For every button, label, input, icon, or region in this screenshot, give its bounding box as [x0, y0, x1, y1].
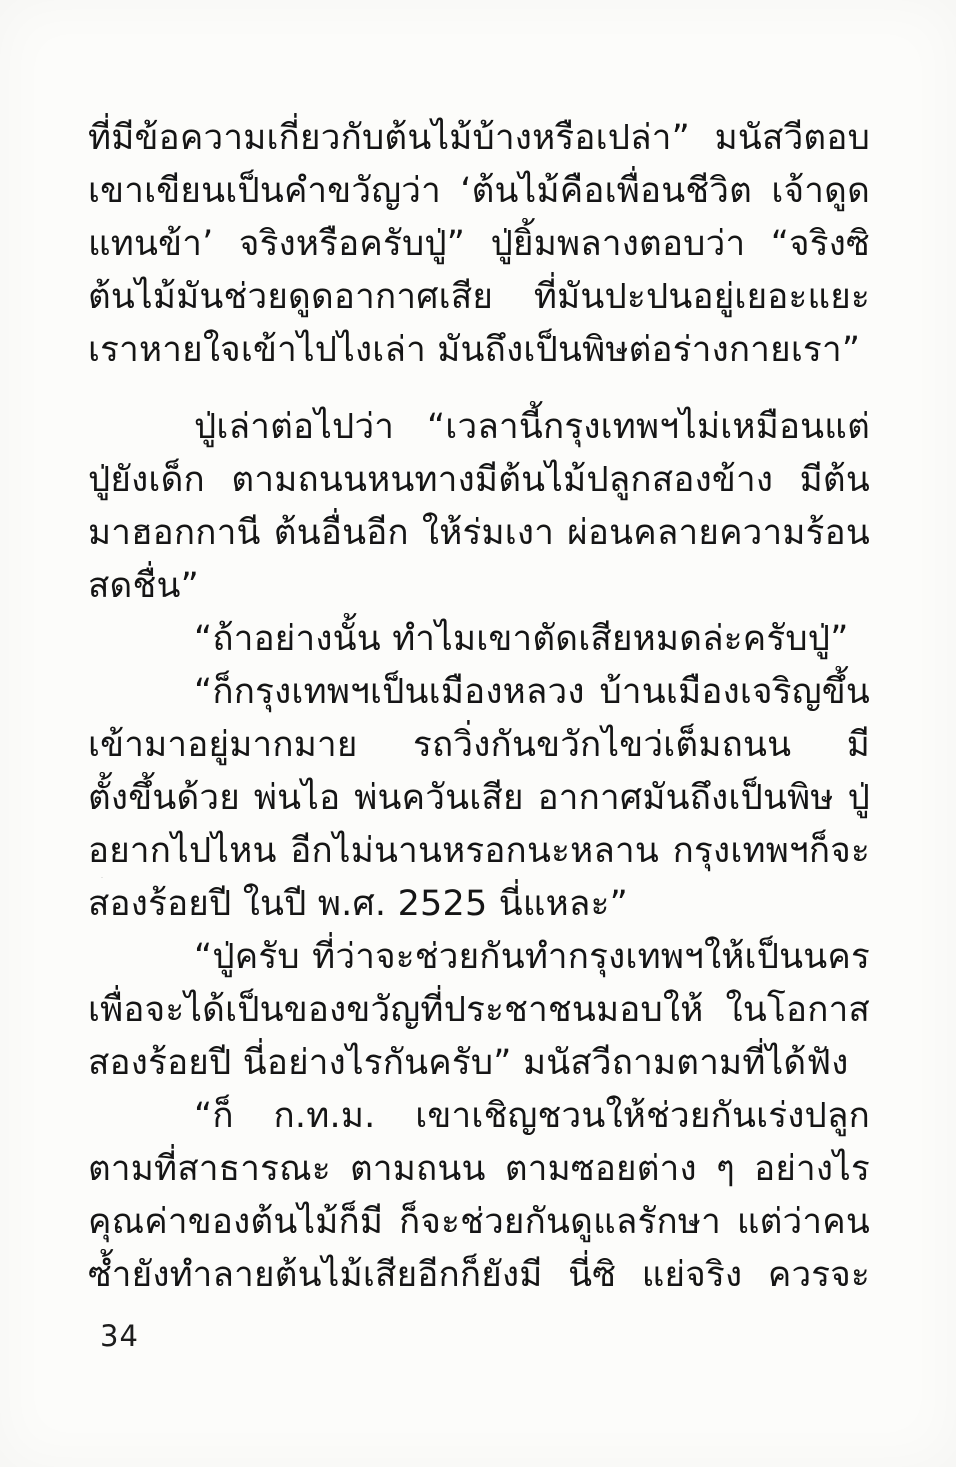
- text-line: เพื่อจะได้เป็นของขวัญที่ประชาชนมอบให้ ใน…: [88, 984, 870, 1037]
- paragraph: “ก็กรุงเทพฯเป็นเมืองหลวง บ้านเมืองเจริญข…: [88, 666, 870, 931]
- text-line: ปู่เล่าต่อไปว่า “เวลานี้กรุงเทพฯไม่เหมือ…: [88, 401, 870, 454]
- text-line: เราหายใจเข้าไปไงเล่า มันถึงเป็นพิษต่อร่า…: [88, 324, 870, 377]
- text-line: เข้ามาอยู่มากมาย รถวิ่งกันขวักไขว่เต็มถน…: [88, 719, 870, 772]
- paragraph: “ปู่ครับ ที่ว่าจะช่วยกันทำกรุงเทพฯให้เป็…: [88, 931, 870, 1090]
- text-line: อยากไปไหน อีกไม่นานหรอกนะหลาน กรุงเทพฯก็…: [88, 825, 870, 878]
- paragraph: “ก็ ก.ท.ม. เขาเชิญชวนให้ช่วยกันเร่งปลูกต…: [88, 1090, 870, 1302]
- text-line: มาฮอกกานี ต้นอื่นอีก ให้ร่มเงา ผ่อนคลายค…: [88, 507, 870, 560]
- text-line: ตามที่สาธารณะ ตามถนน ตามซอยต่าง ๆ อย่างไ…: [88, 1143, 870, 1196]
- text-line: “ก็ ก.ท.ม. เขาเชิญชวนให้ช่วยกันเร่งปลูกต…: [88, 1090, 870, 1143]
- text-line: ต้นไม้มันช่วยดูดอากาศเสีย ที่มันปะปนอยู่…: [88, 271, 870, 324]
- paragraph: “ถ้าอย่างนั้น ทำไมเขาตัดเสียหมดล่ะครับปู…: [88, 613, 870, 666]
- page-number: 34: [100, 1316, 139, 1356]
- text-line: ปู่ยังเด็ก ตามถนนหนทางมีต้นไม้ปลูกสองข้า…: [88, 454, 870, 507]
- text-line: สองร้อยปี ในปี พ.ศ. 2525 นี่แหละ”: [88, 878, 870, 931]
- text-line: สดชื่น”: [88, 560, 870, 613]
- text-line: ซ้ำยังทำลายต้นไม้เสียอีกก็ยังมี นี่ซิ แย…: [88, 1249, 870, 1302]
- text-line: แทนข้า’ จริงหรือครับปู่” ปู่ยิ้มพลางตอบว…: [88, 218, 870, 271]
- text-line: คุณค่าของต้นไม้ก็มี ก็จะช่วยกันดูแลรักษา…: [88, 1196, 870, 1249]
- text-line: “ถ้าอย่างนั้น ทำไมเขาตัดเสียหมดล่ะครับปู…: [88, 613, 870, 666]
- text-block: ที่มีข้อความเกี่ยวกับต้นไม้บ้างหรือเปล่า…: [88, 112, 870, 1302]
- text-line: “ปู่ครับ ที่ว่าจะช่วยกันทำกรุงเทพฯให้เป็…: [88, 931, 870, 984]
- book-page: ที่มีข้อความเกี่ยวกับต้นไม้บ้างหรือเปล่า…: [0, 0, 956, 1467]
- paragraph: ปู่เล่าต่อไปว่า “เวลานี้กรุงเทพฯไม่เหมือ…: [88, 401, 870, 613]
- text-line: สองร้อยปี นี่อย่างไรกันครับ” มนัสวีถามตา…: [88, 1037, 870, 1090]
- text-line: ตั้งขึ้นด้วย พ่นไอ พ่นควันเสีย อากาศมันถ…: [88, 772, 870, 825]
- text-line: ที่มีข้อความเกี่ยวกับต้นไม้บ้างหรือเปล่า…: [88, 112, 870, 165]
- text-line: “ก็กรุงเทพฯเป็นเมืองหลวง บ้านเมืองเจริญข…: [88, 666, 870, 719]
- text-line: เขาเขียนเป็นคำขวัญว่า ‘ต้นไม้คือเพื่อนชี…: [88, 165, 870, 218]
- paragraph: ที่มีข้อความเกี่ยวกับต้นไม้บ้างหรือเปล่า…: [88, 112, 870, 377]
